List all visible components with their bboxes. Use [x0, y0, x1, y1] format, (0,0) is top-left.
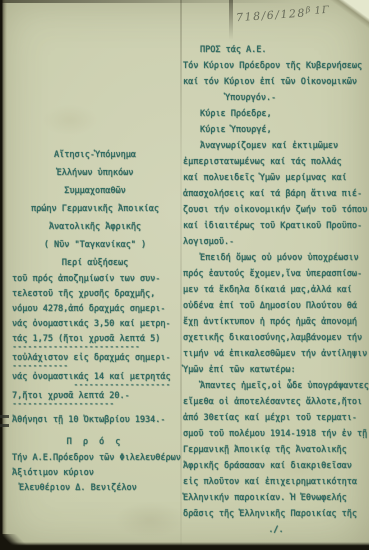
typed-line: ( Νῦν "Ταγκανίκας" ): [12, 236, 178, 254]
typed-line: Ἀξιότιμον κύριον: [12, 466, 178, 481]
typed-line: πρώην Γερμανικῆς Ἀποικίας: [12, 200, 178, 218]
typed-line: Ἀθήνησι τῇ 10 Ὀκτωβρίου 1934.-: [12, 413, 178, 428]
archive-number-tail: 1Γ: [310, 5, 330, 17]
typed-line: ./.: [183, 522, 369, 538]
archive-number-main: 718/6/128: [236, 6, 307, 24]
typed-line: Κύριε Πρόεδρε,: [183, 106, 369, 122]
page-edge-bottom: [0, 542, 369, 550]
typed-line: Ἐπειδή ὅμως οὐ μόνον ὑποχρέωσιν: [183, 250, 369, 266]
typed-line: τελεστοῦ τῆς χρυσῆς δραχμῆς,: [12, 287, 178, 302]
typed-line: τοῦ πρός ἀποζημίωσίν των συν-: [12, 272, 178, 287]
typed-line: Π ρ ό ς: [12, 433, 178, 451]
vertical-fold-crease: [180, 0, 182, 550]
typed-line: Ἅπαντες ἡμεῖς,οἱ ὧδε ὑπογράψαντες: [183, 378, 369, 394]
typed-line: Ἐλευθέριον Δ. Βενιζέλον: [12, 481, 178, 496]
typed-line: πρός ἑαυτούς ἔχομεν,ἵνα ὑπερασπίσω-: [183, 266, 369, 282]
typed-line: ἔχῃ ἀντίκτυπον ἡ πρός ἡμᾶς ἀπονομή: [183, 314, 369, 330]
typed-line: ἀπό 30ετίας καί μέχρι τοῦ τερματι-: [183, 410, 369, 426]
typed-line: εἰς πλοῦτον καί ἐπιχειρηματικότητα: [183, 474, 369, 490]
typed-line: Συμμαχοπαθῶν: [12, 182, 178, 200]
page-corner-bottom-left: [0, 534, 30, 550]
typed-line: νόμου 4278,ἀπό δραχμάς σημερι-: [12, 302, 178, 317]
typed-line: καί πολυειδεῖς Ὑμῶν μερίμνας καί: [183, 170, 369, 186]
typed-line: Ἀφρικῆς δράσασαν καί διακριθεῖσαν: [183, 458, 369, 474]
typed-line: ζουσι τήν οἰκονομικήν ζωήν τοῦ τόπου: [183, 202, 369, 218]
typed-line: Τόν Κύριον Πρόεδρον τῆς Κυβερνήσεως: [183, 58, 369, 74]
typed-line: νάς ὀνομαστικάς 3,50 καί μετρη-: [12, 317, 178, 332]
typed-line: καί ἰδιαιτέρως τοῦ Κρατικοῦ Προϋπο-: [183, 218, 369, 234]
typed-line: ΠΡΟΣ τάς Α.Ε.: [183, 42, 369, 58]
typed-line: εἴμεθα οἱ ἀποτελέσαντες ἄλλοτε,ἤτοι: [183, 394, 369, 410]
typed-line: --------------------: [12, 402, 178, 408]
typed-line: τιμήν νά ἐπικαλεσθῶμεν τήν ἀντίληψιν: [183, 346, 369, 362]
petition-title-block: Αἴτησις-ὙπόμνημαἙλλήνων ὑπηκόωνΣυμμαχοπα…: [12, 146, 178, 496]
typed-line: καί τόν Κύριον ἐπί τῶν Οἰκονομικῶν: [183, 74, 369, 90]
typed-line: δρᾶσις τῆς Ἑλληνικῆς Παροικίας τῆς: [183, 506, 369, 522]
top-crease-mark: [229, 0, 233, 40]
typed-line: Τήν Α.Ε.Πρόεδρον τῶν Φιλελευθέρων: [12, 451, 178, 466]
typed-line: σμοῦ τοῦ πολέμου 1914-1918 τήν ἐν τῇ: [183, 426, 369, 442]
typed-line: σχετικῆς δικαιοσύνης,λαμβάνομεν τήν: [183, 330, 369, 346]
typed-line: ἐμπεριστατωμένως καί τάς πολλάς: [183, 154, 369, 170]
typed-line: λογισμοῦ.-: [183, 234, 369, 250]
typed-line: Ὑμῶν ἐπί τῶν κατωτέρω:: [183, 362, 369, 378]
typed-line: Κύριε Ὑπουργέ,: [183, 122, 369, 138]
typed-line: μεν τά ἔκδηλα δίκαιά μας,ἀλλά καί: [183, 282, 369, 298]
page-edge-top: [0, 0, 369, 3]
typed-line: Ἑλλήνων ὑπηκόων: [12, 164, 178, 182]
letter-body-text: ΠΡΟΣ τάς Α.Ε.Τόν Κύριον Πρόεδρον τῆς Κυβ…: [183, 42, 369, 538]
typed-line: Ὑπουργόν.-: [183, 90, 369, 106]
margin-pencil-mark: [0, 415, 9, 418]
typed-line: οὐδένα ἐπί τοῦ Δημοσίου Πλούτου θά: [183, 298, 369, 314]
page-edge-left: [0, 0, 7, 550]
typed-line: Περί αὐξήσεως: [12, 254, 178, 272]
typed-line: Ἀνατολικῆς Ἀφρικῆς: [12, 218, 178, 236]
typed-line: Ἀναγνωρίζομεν καί ἐκτιμῶμεν: [183, 138, 369, 154]
typed-line: Γερμανικῇ Ἀποικίᾳ τῆς Ἀνατολικῆς: [183, 442, 369, 458]
typed-line: ἀπασχολήσεις καί τά βάρη ἅτινα πιέ-: [183, 186, 369, 202]
margin-pencil-mark: [0, 424, 9, 427]
typed-line: Αἴτησις-Ὑπόμνημα: [12, 146, 178, 164]
scanned-document-page: 718/6/128β 1Γ Αἴτησις-ὙπόμνημαἙλλήνων ὑπ…: [0, 0, 369, 550]
typed-line: Ἑλληνικήν παροικίαν. Ἡ Ἐθνωφελής: [183, 490, 369, 506]
